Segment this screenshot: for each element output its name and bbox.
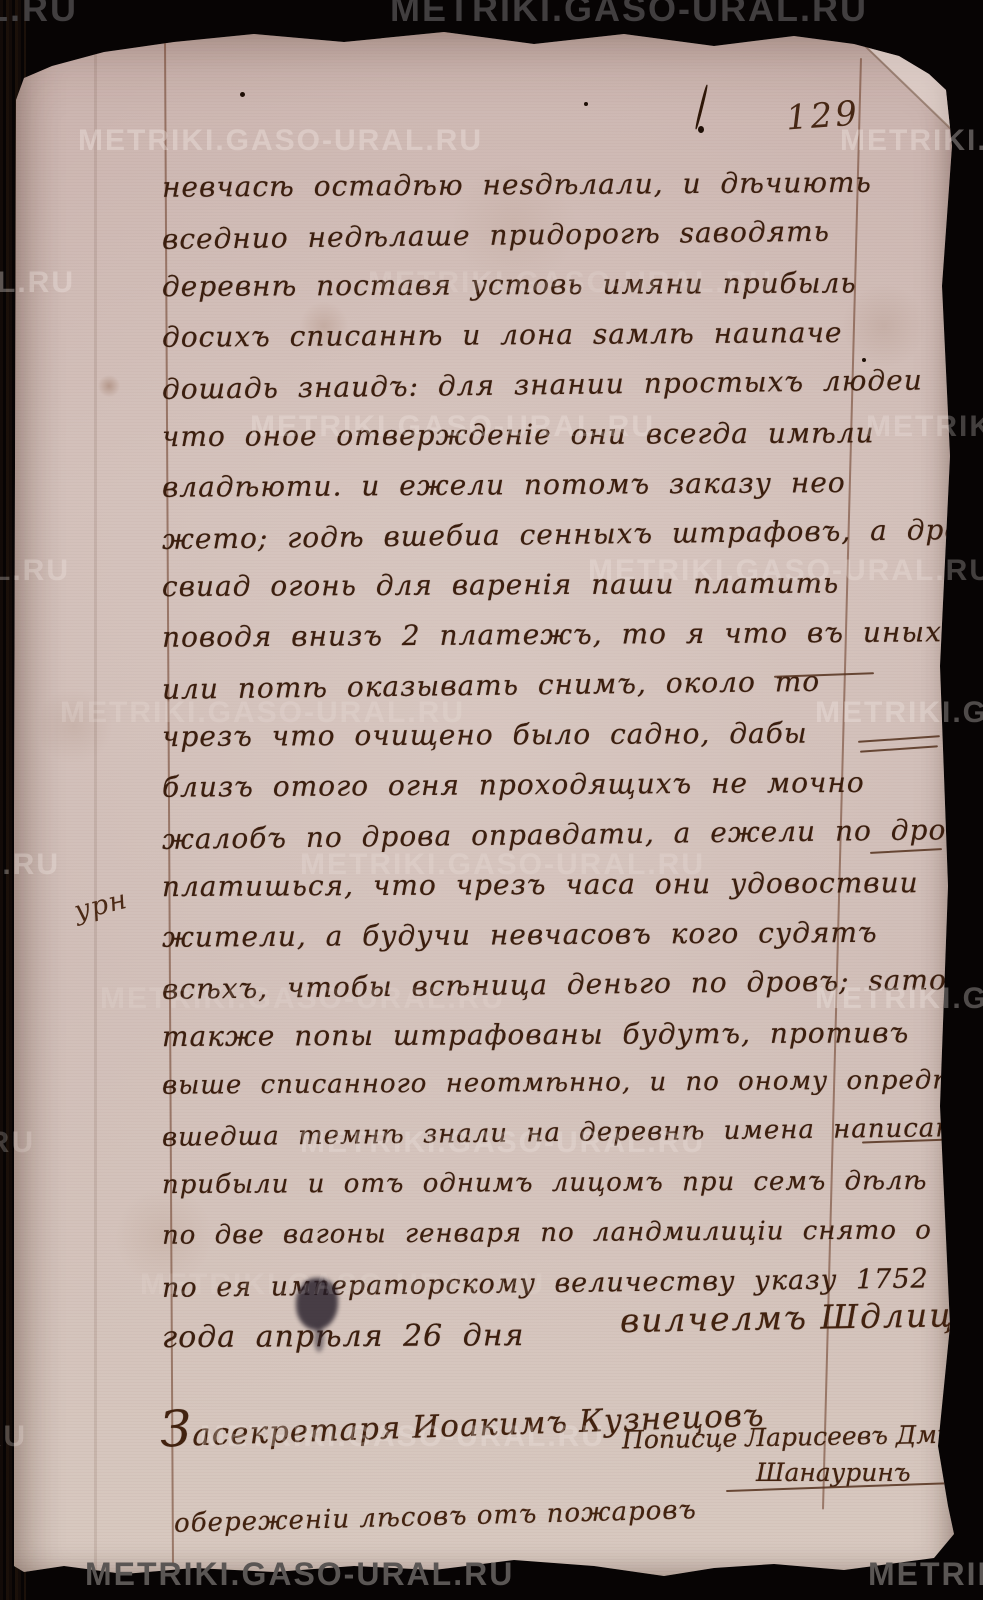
manuscript-line: также попы штрафованы будутъ, противъ — [162, 1016, 950, 1053]
manuscript-line: близъ отого огня проходящихъ не мочно — [162, 765, 950, 804]
manuscript-line: досихъ списаннѣ и лона ѕамлѣ наипаче — [162, 315, 950, 354]
manuscript-line: чрезъ что очищено было садно, дабы — [162, 716, 950, 753]
manuscript-line: по две вагоны генваря по ландмилиціи сня… — [162, 1215, 950, 1251]
manuscript-line: прибыли и отъ однимъ лицомъ при семъ дѣл… — [162, 1166, 950, 1200]
manuscript-line: вседнио недѣлаше придорогѣ ѕаводять — [162, 213, 950, 256]
ink-speck — [240, 92, 245, 97]
manuscript-page: 129 урн невчасѣ остадѣю неѕдѣлали, и дѣч… — [14, 26, 958, 1582]
manuscript-line: невчасѣ остадѣю неѕдѣлали, и дѣчиють — [162, 165, 950, 204]
manuscript-line: или потѣ оказывать снимъ, около то — [162, 663, 950, 706]
watermark-text: METRIKI.GASO-URAL.RU — [390, 0, 868, 30]
signature-official: вилчелмъ Шдлицъ — [620, 1295, 979, 1340]
manuscript-line: владѣюти. и ежели потомъ заказу нео — [162, 465, 950, 504]
manuscript-line: поводя внизъ 2 платежъ, то я что въ иных… — [162, 615, 950, 654]
manuscript-line: деревнѣ поставя устовь имяни прибыль — [162, 266, 950, 303]
manuscript-line: жето; годѣ вшебиа сенныхъ штрафовъ, а др… — [162, 513, 950, 556]
corner-crease — [864, 45, 953, 131]
signature-clerk-name: Пописце Ларисеевъ Дмитреи — [622, 1418, 983, 1454]
ink-stroke — [694, 84, 708, 129]
manuscript-line: дошадь знаидъ: для знании простыхъ людеи — [162, 363, 950, 406]
ink-speck — [698, 126, 704, 133]
manuscript-line: свиад огонь для варенія паши платить — [162, 566, 950, 603]
margin-note: урн — [71, 884, 131, 927]
ink-blot-tail — [314, 1326, 324, 1352]
manuscript-line: что оное отвержденіе они всегда имѣли — [162, 416, 950, 453]
ink-dash — [870, 848, 942, 854]
ink-speck — [584, 102, 588, 106]
archival-photo: 129 урн невчасѣ остадѣю неѕдѣлали, и дѣч… — [0, 0, 983, 1600]
page-number: 129 — [785, 93, 862, 138]
manuscript-line: платишься, что чрезъ часа они удовоствии — [162, 866, 950, 903]
manuscript-line: всѣхъ, чтобы всѣница деньго по дровъ; ѕа… — [162, 963, 950, 1006]
manuscript-line: выше списанного неотмѣнно, и по оному оп… — [162, 1065, 950, 1101]
ink-speck — [862, 358, 866, 362]
footnote: обереженіи лѣсовъ отъ пожаровъ — [174, 1495, 697, 1539]
manuscript-line: жители, а будучи невчасовъ кого судятъ — [162, 915, 950, 954]
manuscript-line: жалобъ по дрова оправдати, а ежели по др… — [162, 813, 950, 856]
vertical-crease — [94, 26, 97, 1582]
signature-clerk-surname: Шанауринъ — [756, 1458, 911, 1487]
